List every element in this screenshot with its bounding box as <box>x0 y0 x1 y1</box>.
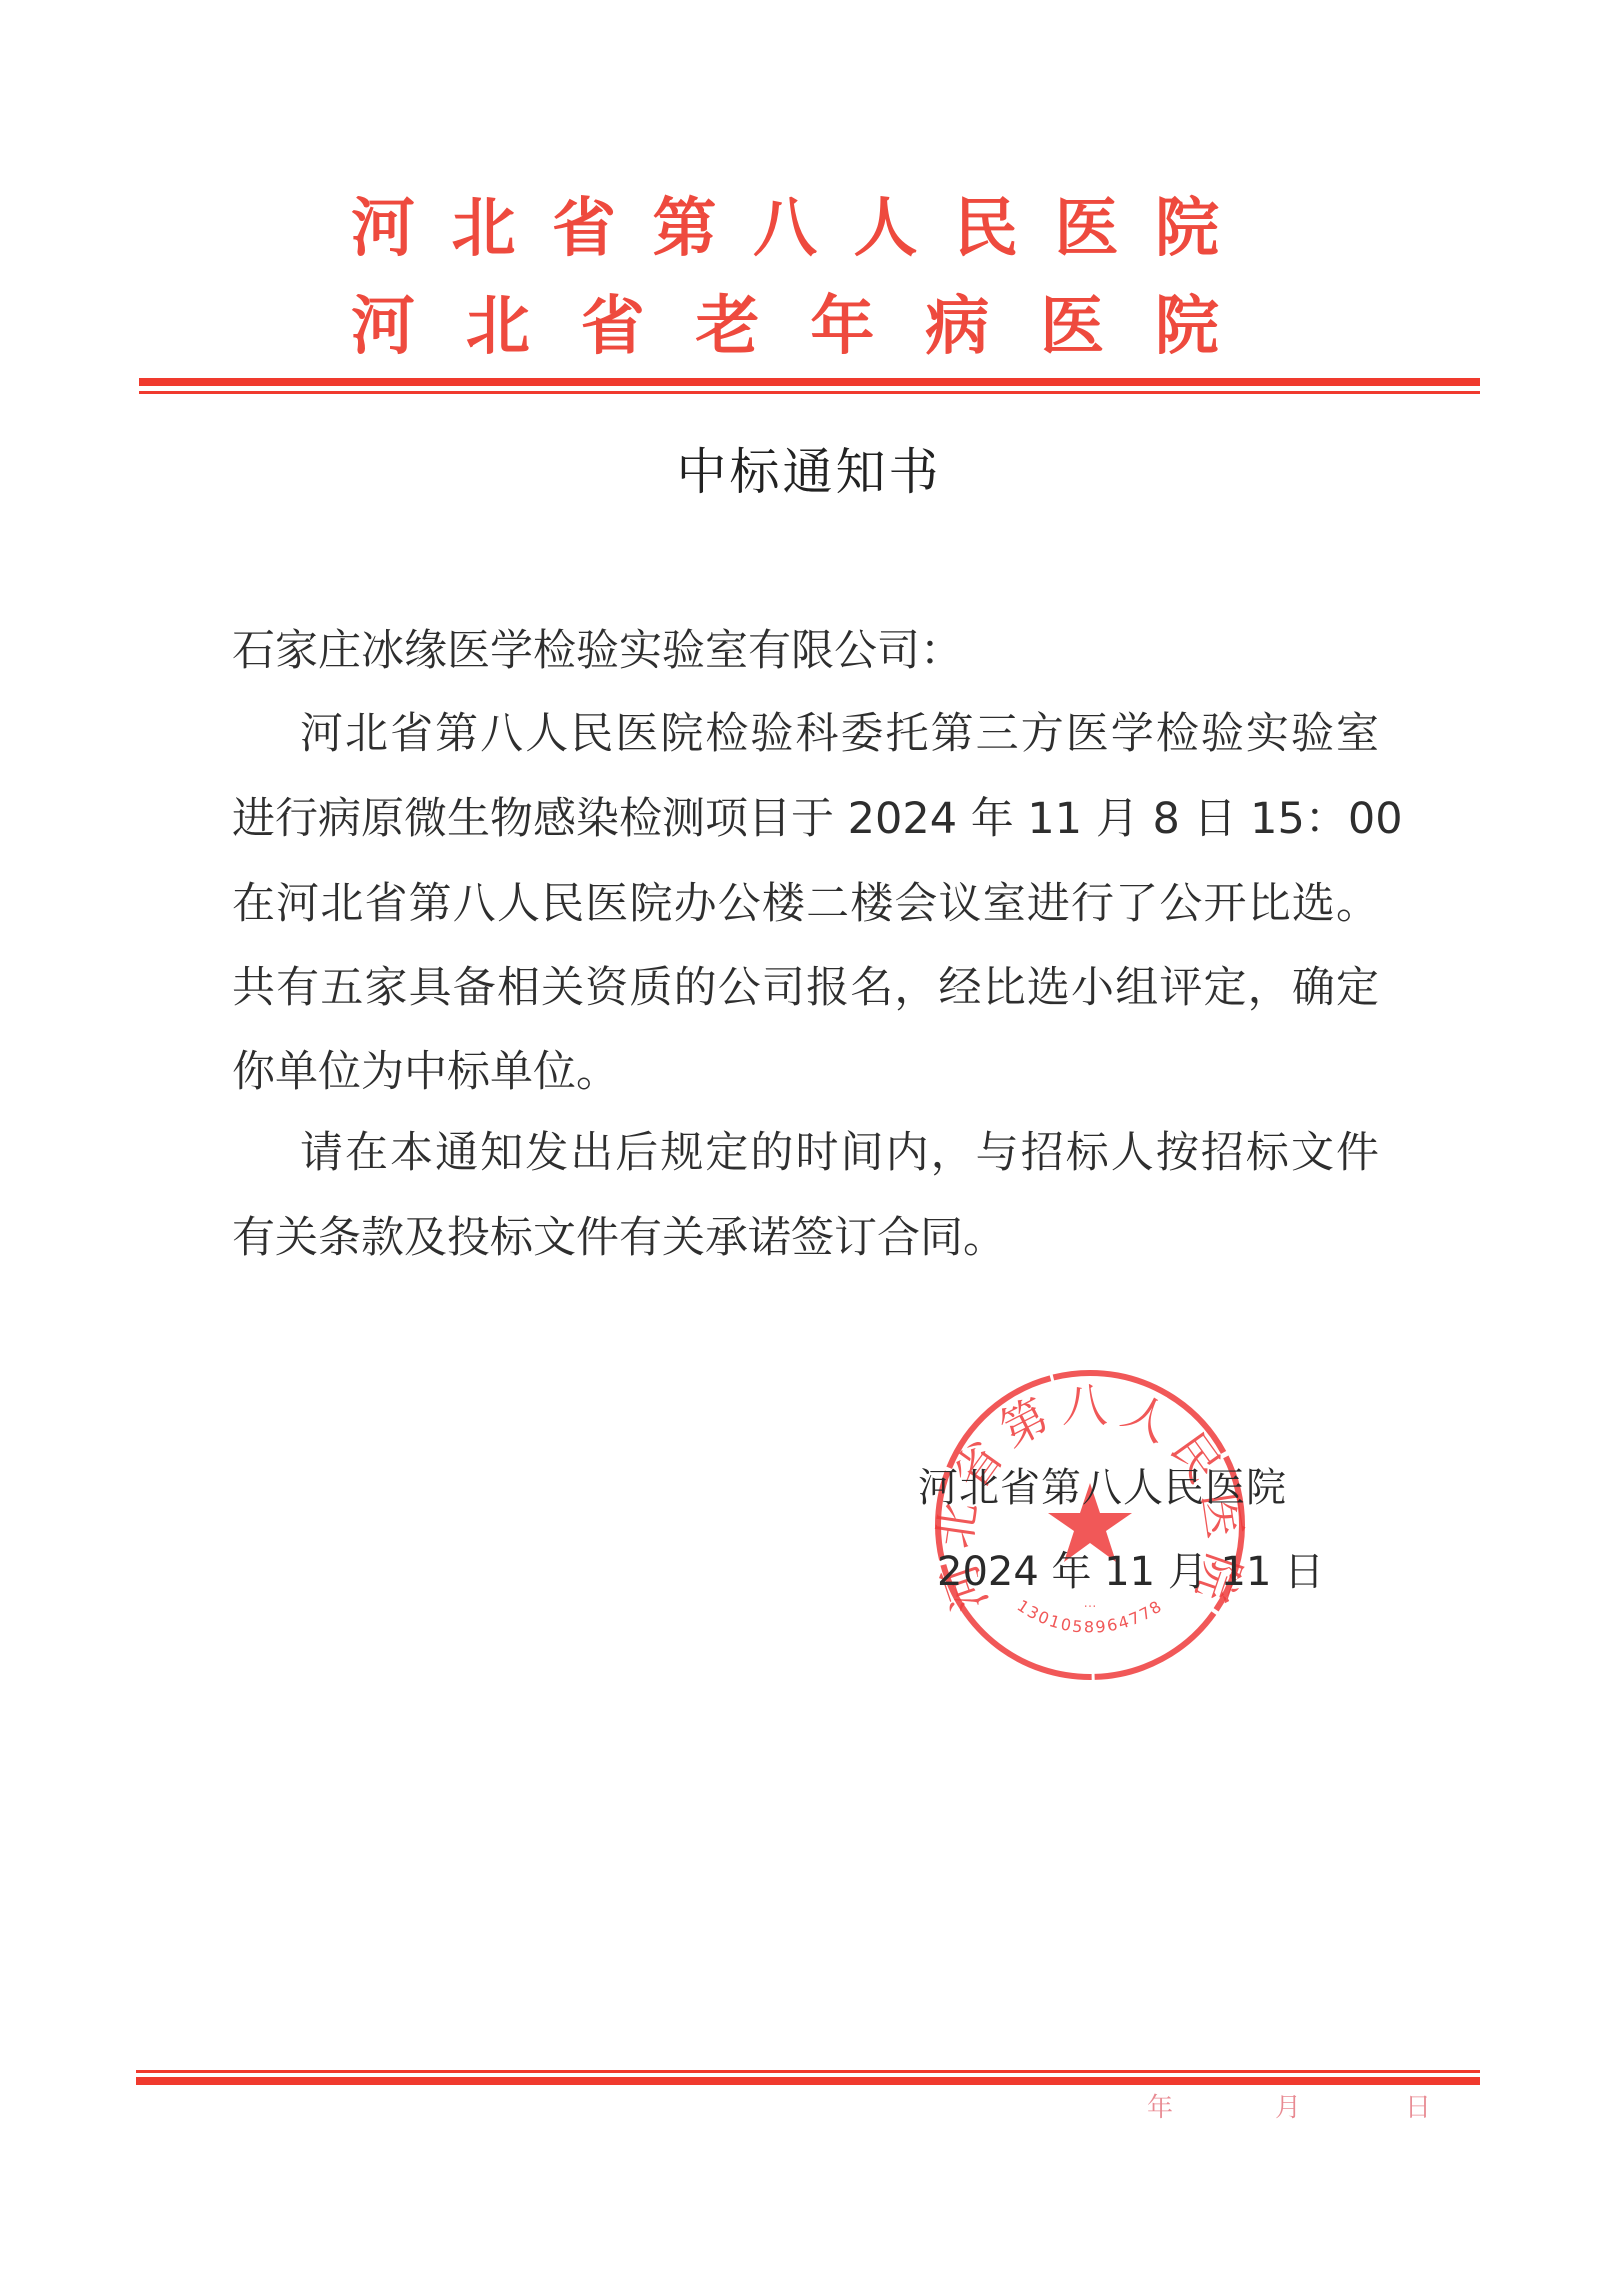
letterhead-char: 北 <box>465 294 531 360</box>
letterhead-char: 北 <box>451 196 517 262</box>
letterhead-char: 院 <box>1154 196 1220 262</box>
letterhead-char: 医 <box>1054 196 1120 262</box>
svg-text:…: … <box>1084 1596 1097 1611</box>
body-line: 请在本通知发出后规定的时间内，与招标人按招标文件 <box>300 1128 1379 1178</box>
body-line: 你单位为中标单位。 <box>232 1047 619 1097</box>
letterhead-char: 年 <box>809 294 875 360</box>
letterhead-line-2: 河 北 省 老 年 病 医 院 <box>350 294 1220 360</box>
body-line: 在河北省第八人民医院办公楼二楼会议室进行了公开比选。 <box>232 879 1379 929</box>
header-rule-thin <box>139 391 1480 394</box>
footer-year-label: 年 <box>1147 2094 1173 2122</box>
official-seal-icon: 河北省第八人民医院 … 1301058964778 <box>932 1367 1248 1683</box>
header-rule-thick <box>139 378 1480 386</box>
letterhead-char: 省 <box>551 196 617 262</box>
signature-organization: 河北省第八人民医院 <box>918 1466 1287 1510</box>
letterhead-char: 民 <box>953 196 1019 262</box>
letterhead-line-1: 河 北 省 第 八 人 民 医 院 <box>350 196 1220 262</box>
body-line: 河北省第八人民医院检验科委托第三方医学检验实验室 <box>300 709 1379 759</box>
letterhead-char: 第 <box>652 196 718 262</box>
body-line: 有关条款及投标文件有关承诺签订合同。 <box>232 1213 1006 1263</box>
letterhead-char: 河 <box>350 196 416 262</box>
letterhead-char: 八 <box>752 196 818 262</box>
signature-date: 2024 年 11 月 11 日 <box>937 1550 1324 1594</box>
document-title: 中标通知书 <box>0 444 1606 500</box>
footer-rule-thin <box>136 2070 1480 2073</box>
letterhead-char: 河 <box>350 294 416 360</box>
letterhead-char: 病 <box>924 294 990 360</box>
footer-month-label: 月 <box>1275 2094 1301 2122</box>
body-line: 进行病原微生物感染检测项目于 2024 年 11 月 8 日 15：00 <box>232 794 1379 844</box>
body-line: 共有五家具备相关资质的公司报名，经比选小组评定，确定 <box>232 963 1379 1013</box>
letterhead-char: 院 <box>1154 294 1220 360</box>
addressee: 石家庄冰缘医学检验实验室有限公司： <box>232 626 963 676</box>
footer-rule-thick <box>136 2077 1480 2085</box>
letterhead-char: 人 <box>853 196 919 262</box>
letterhead-char: 医 <box>1039 294 1105 360</box>
letterhead-char: 老 <box>695 294 761 360</box>
footer-day-label: 日 <box>1405 2094 1431 2122</box>
letterhead-char: 省 <box>580 294 646 360</box>
